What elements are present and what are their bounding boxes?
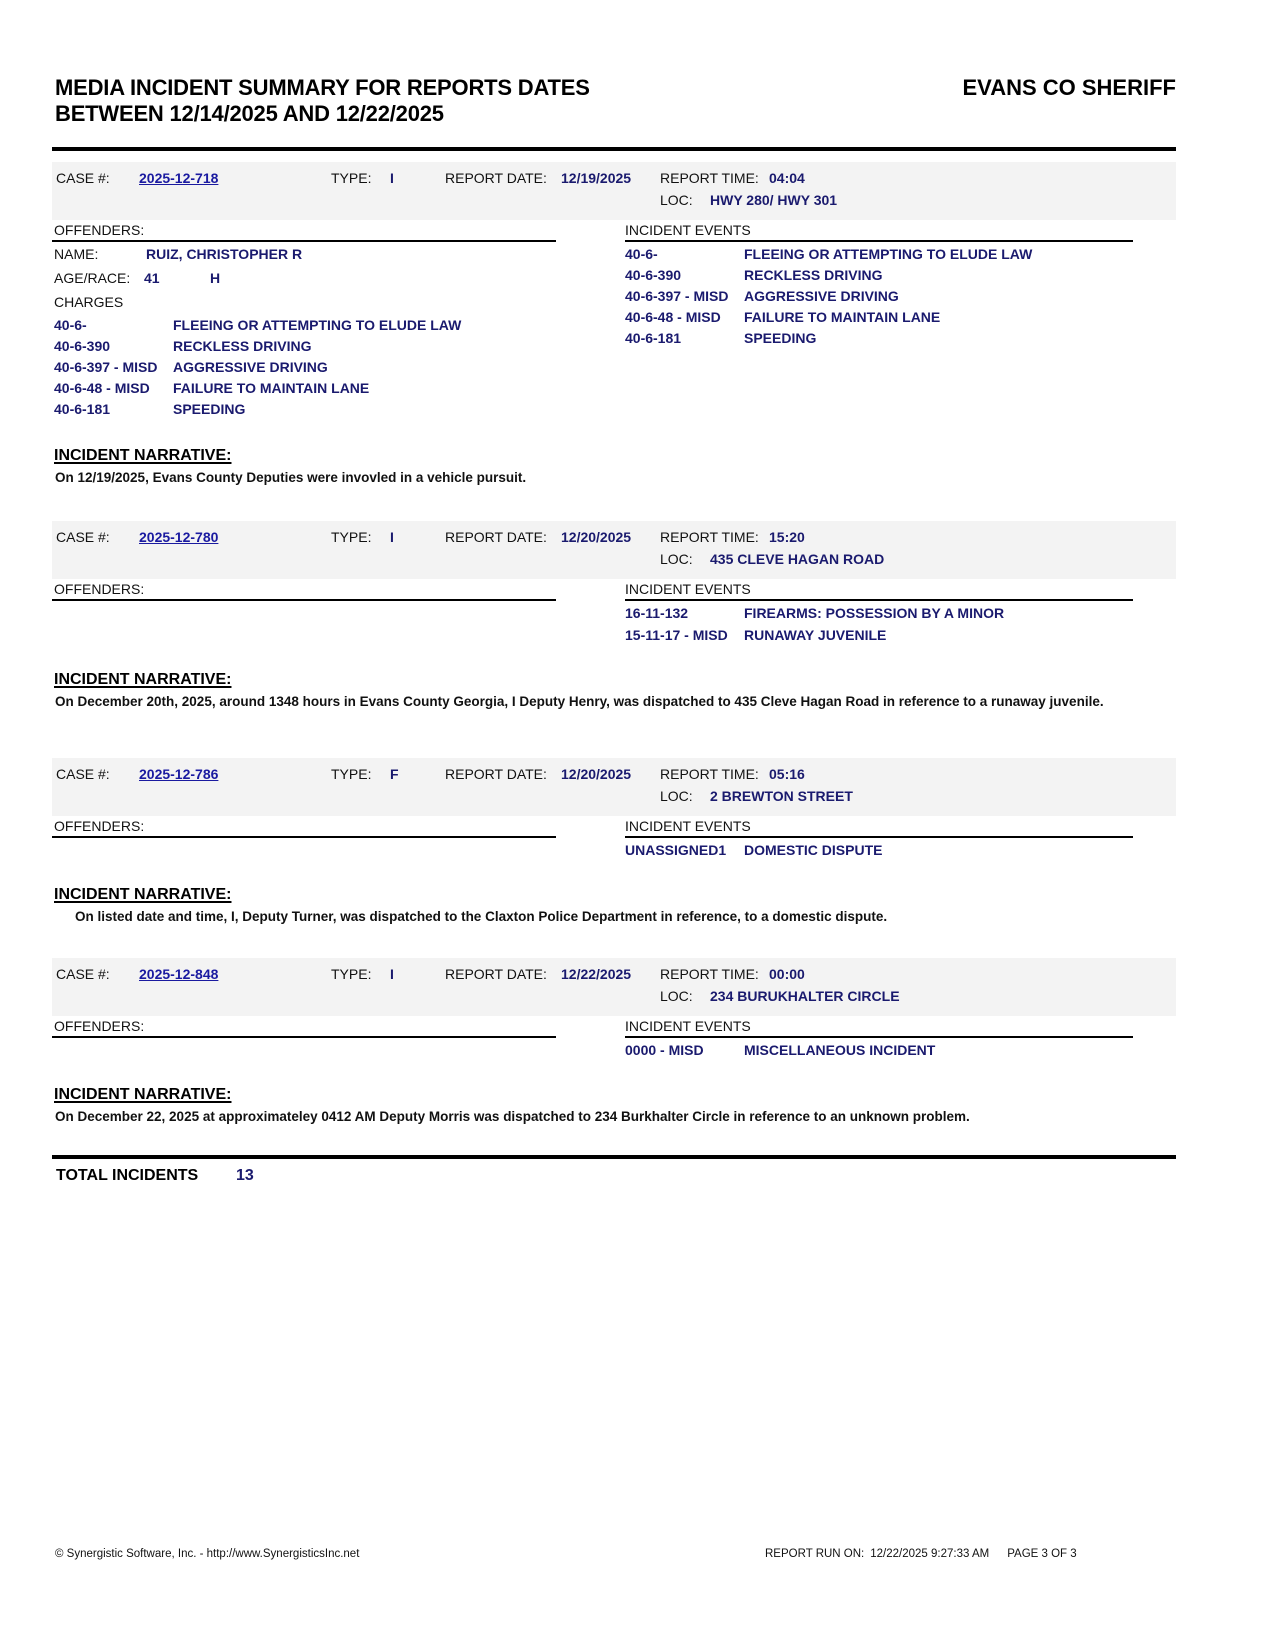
report-time-value: 15:20	[769, 529, 805, 545]
narrative-heading: INCIDENT NARRATIVE:	[54, 1086, 231, 1104]
event-code: 40-6-181	[625, 330, 681, 346]
offenders-label: OFFENDERS:	[54, 1018, 144, 1034]
report-date-label: REPORT DATE:	[445, 170, 547, 186]
type-label: TYPE:	[331, 766, 371, 782]
incident-events-label: INCIDENT EVENTS	[625, 581, 751, 597]
offenders-divider	[52, 836, 556, 838]
report-title-line1: MEDIA INCIDENT SUMMARY FOR REPORTS DATES	[55, 75, 755, 101]
case-number-link[interactable]: 2025-12-786	[139, 766, 218, 782]
event-code: 40-6-48 - MISD	[625, 309, 721, 325]
age-race-label: AGE/RACE:	[54, 270, 130, 286]
type-value: F	[390, 766, 399, 782]
case-number-link[interactable]: 2025-12-718	[139, 170, 218, 186]
narrative-text: On 12/19/2025, Evans County Deputies wer…	[55, 469, 1165, 486]
type-value: I	[390, 966, 394, 982]
report-title: MEDIA INCIDENT SUMMARY FOR REPORTS DATES…	[55, 75, 755, 127]
type-label: TYPE:	[331, 529, 371, 545]
footer-copyright: © Synergistic Software, Inc. - http://ww…	[55, 1548, 359, 1560]
charge-desc: FAILURE TO MAINTAIN LANE	[173, 380, 369, 396]
agency-name: EVANS CO SHERIFF	[900, 75, 1176, 101]
report-run-label: REPORT RUN ON:	[765, 1548, 864, 1560]
report-time-value: 05:16	[769, 766, 805, 782]
narrative-heading: INCIDENT NARRATIVE:	[54, 671, 231, 689]
event-desc: FAILURE TO MAINTAIN LANE	[744, 309, 940, 325]
report-time-value: 04:04	[769, 170, 805, 186]
event-desc: AGGRESSIVE DRIVING	[744, 288, 899, 304]
charge-code: 40-6-48 - MISD	[54, 380, 150, 396]
event-desc: DOMESTIC DISPUTE	[744, 842, 882, 858]
offender-race: H	[210, 270, 220, 286]
offenders-label: OFFENDERS:	[54, 818, 144, 834]
event-desc: RUNAWAY JUVENILE	[744, 627, 886, 643]
event-desc: RECKLESS DRIVING	[744, 267, 882, 283]
event-code: 40-6-	[625, 246, 658, 262]
charge-code: 40-6-181	[54, 401, 110, 417]
report-date-label: REPORT DATE:	[445, 529, 547, 545]
event-code: UNASSIGNED1	[625, 842, 726, 858]
events-divider	[625, 1036, 1133, 1038]
location-label: LOC:	[660, 551, 693, 567]
type-value: I	[390, 170, 394, 186]
charges-label: CHARGES	[54, 294, 123, 310]
report-time-label: REPORT TIME:	[660, 966, 759, 982]
type-value: I	[390, 529, 394, 545]
incident-events-label: INCIDENT EVENTS	[625, 1018, 751, 1034]
charge-code: 40-6-397 - MISD	[54, 359, 157, 375]
footer-run-info: REPORT RUN ON:12/22/2025 9:27:33 AMPAGE …	[765, 1548, 1095, 1560]
incident-events-label: INCIDENT EVENTS	[625, 222, 751, 238]
event-code: 0000 - MISD	[625, 1042, 704, 1058]
offender-name-label: NAME:	[54, 246, 98, 262]
report-title-line2: BETWEEN 12/14/2025 AND 12/22/2025	[55, 101, 755, 127]
offenders-divider	[52, 1036, 556, 1038]
events-divider	[625, 599, 1133, 601]
case-record: CASE #: 2025-12-848 TYPE: I REPORT DATE:…	[52, 958, 1176, 1138]
total-divider	[52, 1155, 1176, 1159]
incident-events-label: INCIDENT EVENTS	[625, 818, 751, 834]
report-date-value: 12/19/2025	[561, 170, 631, 186]
header-divider	[52, 147, 1176, 151]
total-incidents-label: TOTAL INCIDENTS	[56, 1167, 198, 1185]
events-divider	[625, 836, 1133, 838]
narrative-text: On December 22, 2025 at approximateley 0…	[55, 1108, 1165, 1125]
charge-desc: SPEEDING	[173, 401, 245, 417]
offender-age: 41	[144, 270, 160, 286]
case-record: CASE #: 2025-12-718 TYPE: I REPORT DATE:…	[52, 162, 1176, 492]
location-label: LOC:	[660, 988, 693, 1004]
page-indicator: PAGE 3 OF 3	[1007, 1548, 1076, 1560]
case-record: CASE #: 2025-12-780 TYPE: I REPORT DATE:…	[52, 521, 1176, 721]
narrative-heading: INCIDENT NARRATIVE:	[54, 886, 231, 904]
offenders-label: OFFENDERS:	[54, 222, 144, 238]
event-desc: MISCELLANEOUS INCIDENT	[744, 1042, 935, 1058]
report-date-value: 12/20/2025	[561, 529, 631, 545]
offenders-divider	[52, 240, 556, 242]
type-label: TYPE:	[331, 966, 371, 982]
event-code: 15-11-17 - MISD	[625, 627, 728, 643]
charge-desc: RECKLESS DRIVING	[173, 338, 311, 354]
case-number-label: CASE #:	[56, 529, 110, 545]
location-label: LOC:	[660, 192, 693, 208]
total-incidents-value: 13	[236, 1167, 254, 1185]
case-number-label: CASE #:	[56, 170, 110, 186]
case-number-label: CASE #:	[56, 766, 110, 782]
narrative-text: On December 20th, 2025, around 1348 hour…	[55, 693, 1165, 710]
charge-code: 40-6-	[54, 317, 87, 333]
location-value: 2 BREWTON STREET	[710, 788, 853, 804]
location-value: 234 BURUKHALTER CIRCLE	[710, 988, 900, 1004]
charge-desc: FLEEING OR ATTEMPTING TO ELUDE LAW	[173, 317, 461, 333]
report-date-value: 12/22/2025	[561, 966, 631, 982]
offenders-divider	[52, 599, 556, 601]
narrative-heading: INCIDENT NARRATIVE:	[54, 447, 231, 465]
report-time-label: REPORT TIME:	[660, 529, 759, 545]
case-number-link[interactable]: 2025-12-780	[139, 529, 218, 545]
charge-code: 40-6-390	[54, 338, 110, 354]
case-number-label: CASE #:	[56, 966, 110, 982]
report-date-label: REPORT DATE:	[445, 766, 547, 782]
offender-name: RUIZ, CHRISTOPHER R	[146, 246, 302, 262]
event-desc: FIREARMS: POSSESSION BY A MINOR	[744, 605, 1004, 621]
report-date-value: 12/20/2025	[561, 766, 631, 782]
events-divider	[625, 240, 1133, 242]
location-label: LOC:	[660, 788, 693, 804]
report-page: MEDIA INCIDENT SUMMARY FOR REPORTS DATES…	[0, 0, 1275, 1650]
report-time-value: 00:00	[769, 966, 805, 982]
offenders-label: OFFENDERS:	[54, 581, 144, 597]
event-code: 40-6-390	[625, 267, 681, 283]
narrative-text: On listed date and time, I, Deputy Turne…	[75, 908, 1185, 925]
report-time-label: REPORT TIME:	[660, 766, 759, 782]
charge-desc: AGGRESSIVE DRIVING	[173, 359, 328, 375]
event-code: 16-11-132	[625, 605, 688, 621]
report-time-label: REPORT TIME:	[660, 170, 759, 186]
case-number-link[interactable]: 2025-12-848	[139, 966, 218, 982]
type-label: TYPE:	[331, 170, 371, 186]
event-desc: FLEEING OR ATTEMPTING TO ELUDE LAW	[744, 246, 1032, 262]
location-value: HWY 280/ HWY 301	[710, 192, 837, 208]
location-value: 435 CLEVE HAGAN ROAD	[710, 551, 884, 567]
report-run-value: 12/22/2025 9:27:33 AM	[870, 1548, 989, 1560]
report-date-label: REPORT DATE:	[445, 966, 547, 982]
case-record: CASE #: 2025-12-786 TYPE: F REPORT DATE:…	[52, 758, 1176, 938]
event-desc: SPEEDING	[744, 330, 816, 346]
event-code: 40-6-397 - MISD	[625, 288, 728, 304]
